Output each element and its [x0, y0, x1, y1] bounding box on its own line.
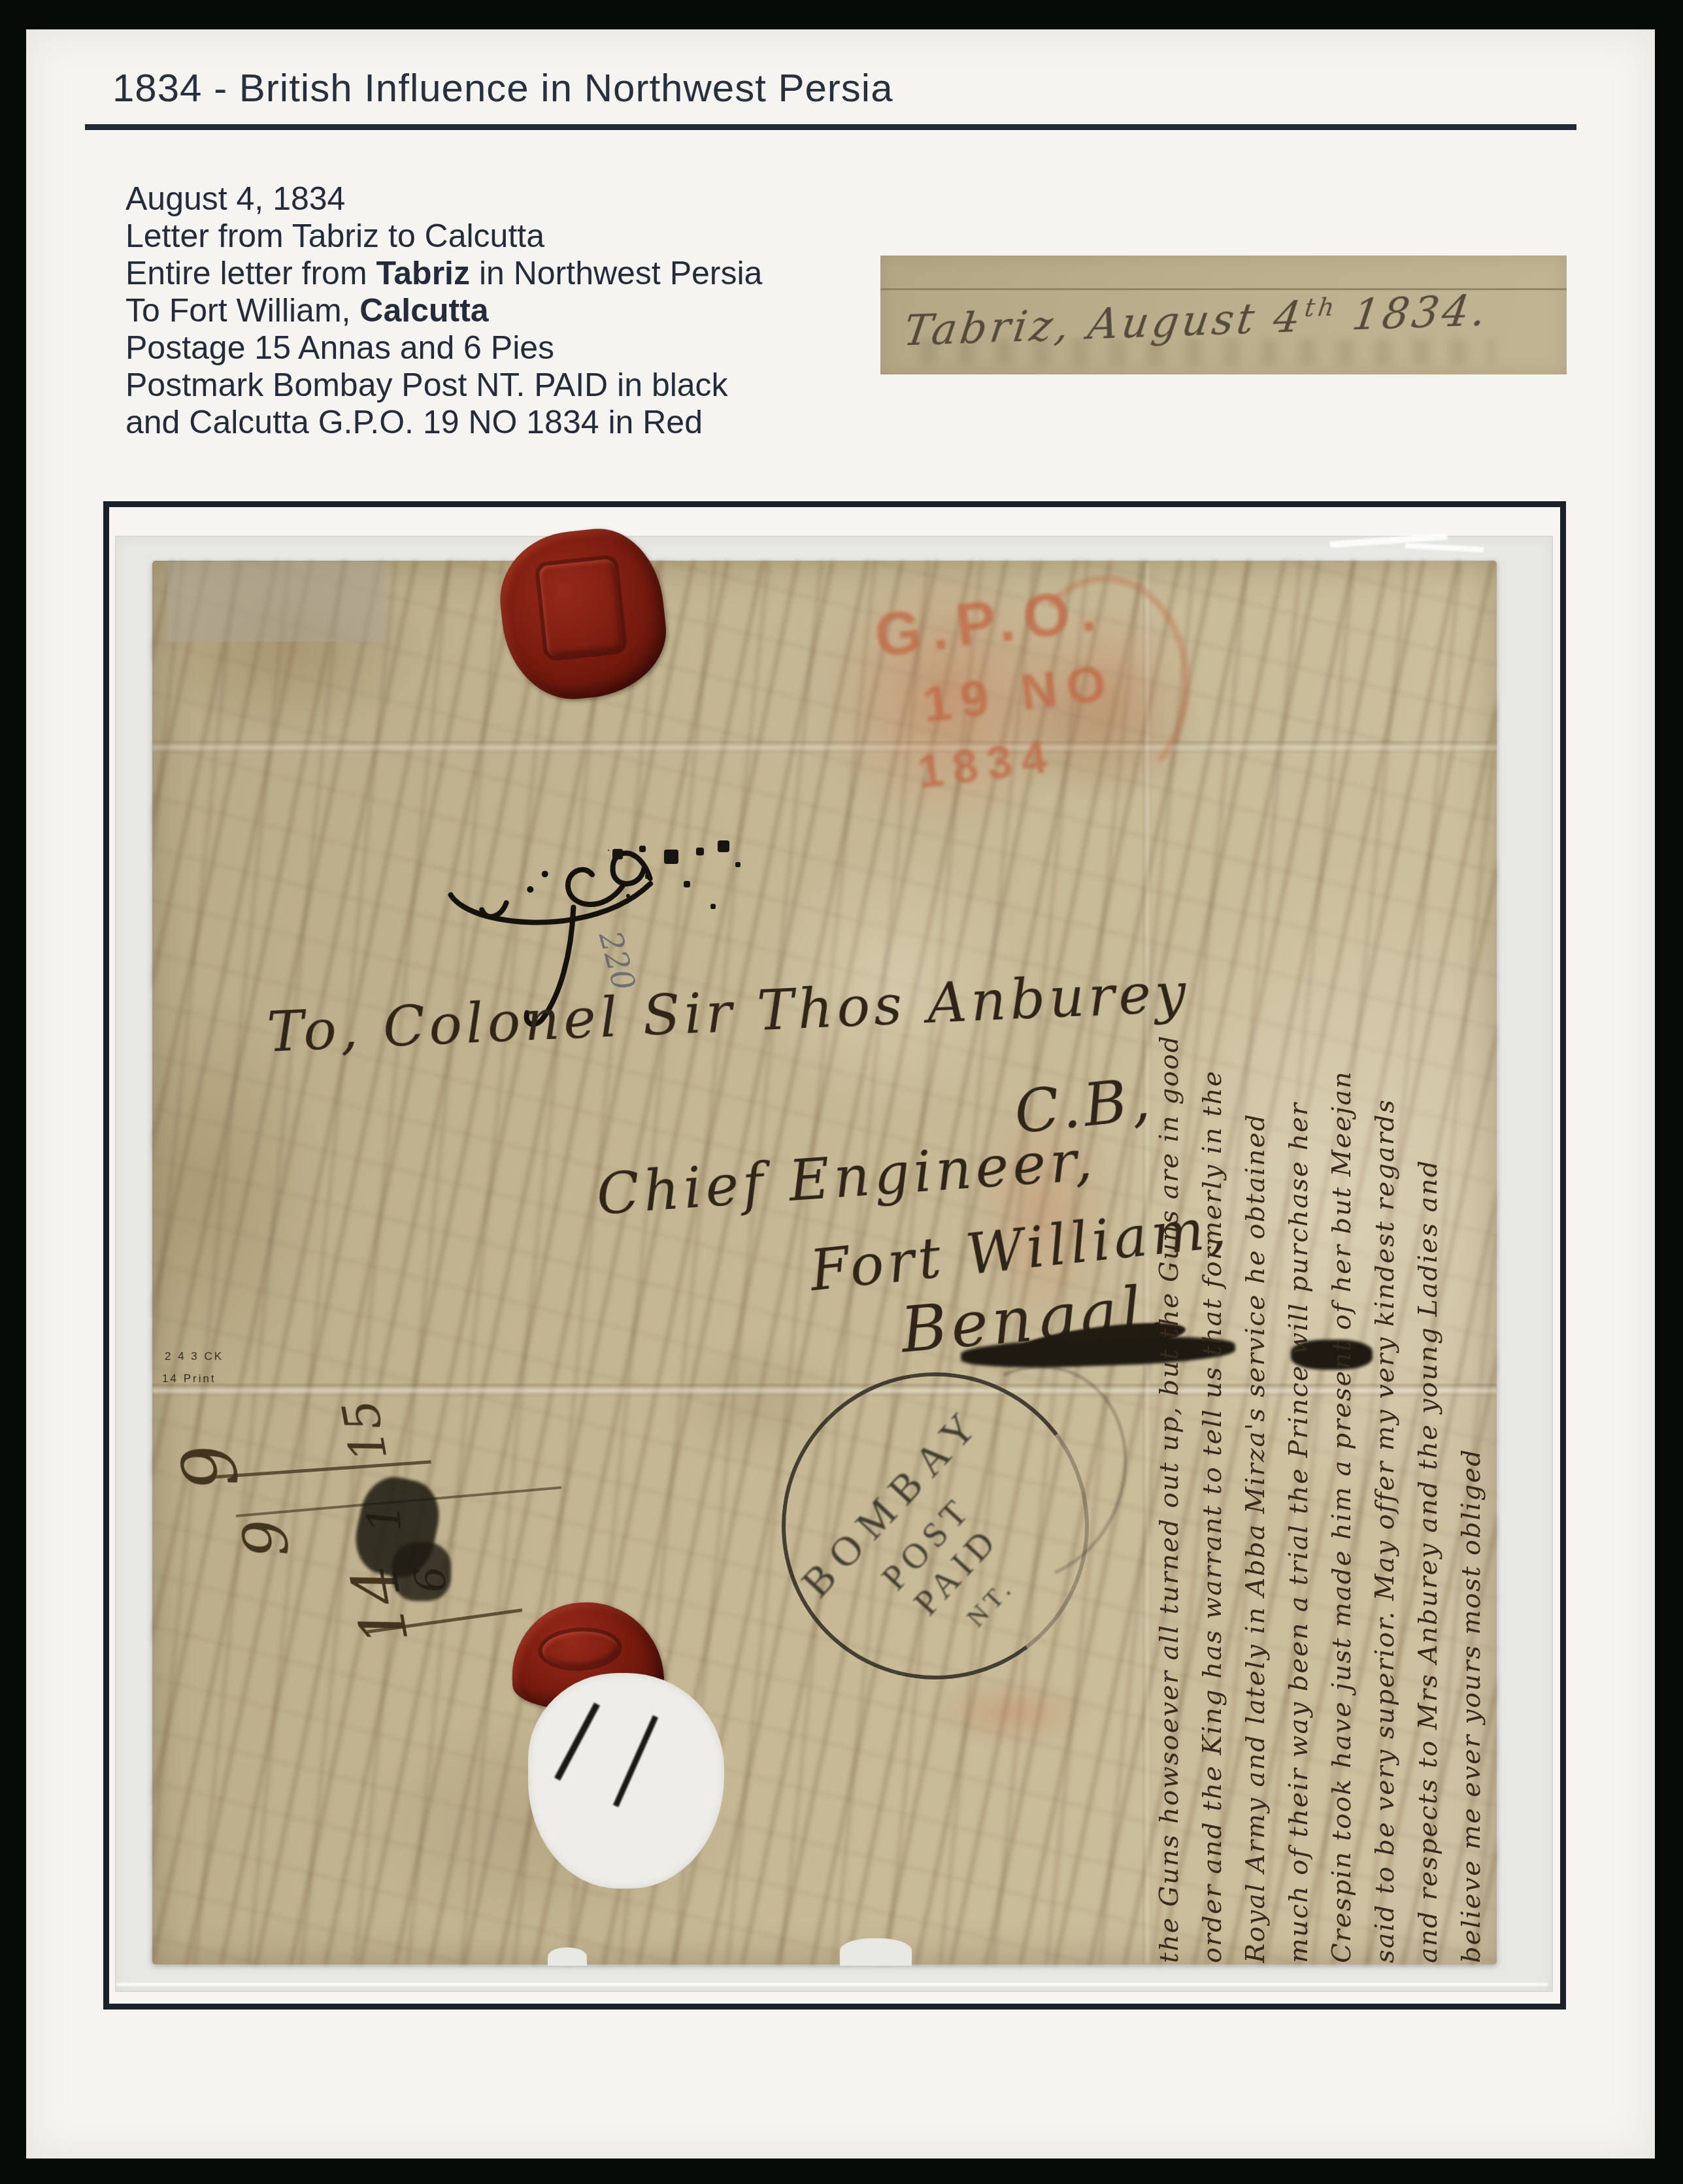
paper-tear-notch	[548, 1947, 587, 1966]
red-postmark-line: 19 NO	[920, 652, 1118, 735]
red-smudge	[928, 1676, 1098, 1748]
mounting-tape	[167, 562, 384, 642]
description-line: and Calcutta G.P.O. 19 NO 1834 in Red	[125, 404, 975, 441]
description-line: Postage 15 Annas and 6 Pies	[125, 329, 975, 367]
sleeve-shine	[116, 1983, 1548, 1986]
cross-writing-line: believe me ever yours most obliged	[1450, 563, 1493, 1963]
cross-writing-lines: the Guns howsoever all turned out up, bu…	[1148, 563, 1497, 1963]
type-fragment: 2 4 3 CK	[165, 1350, 224, 1363]
calcutta-red-postmark: G.P.O. 19 NO 1834	[871, 574, 1126, 801]
cross-writing-line: the Guns howsoever all turned out up, bu…	[1148, 563, 1191, 1963]
description-line: Entire letter from Tabriz in Northwest P…	[125, 255, 975, 292]
exhibit-description: August 4, 1834 Letter from Tabriz to Cal…	[125, 180, 975, 441]
date-strip-clipping: Tabriz, August 4th 1834.	[880, 256, 1567, 374]
rate-mark: 9	[229, 1516, 303, 1561]
description-line: Letter from Tabriz to Calcutta	[125, 218, 975, 255]
black-handstamp-smudge	[392, 1542, 451, 1601]
title-underline	[85, 124, 1576, 130]
description-line: Postmark Bombay Post NT. PAID in black	[125, 367, 975, 404]
cross-writing-line: Royal Army and lately in Abba Mirza's se…	[1234, 563, 1277, 1963]
description-line: To Fort William, Calcutta	[125, 292, 975, 329]
cross-writing-line: and respects to Mrs Anburey and the youn…	[1407, 563, 1450, 1963]
wax-seal-emboss	[537, 1625, 623, 1673]
strip-bleedthrough	[920, 339, 1495, 365]
description-line: August 4, 1834	[125, 180, 975, 218]
cross-writing-column: the Guns howsoever all turned out up, bu…	[1148, 563, 1497, 1963]
cross-writing-line: said to be very superior. May offer my v…	[1363, 563, 1407, 1963]
type-fragment: 14 Print	[162, 1372, 216, 1385]
wax-seal-emboss	[534, 554, 627, 662]
ink-spatter	[608, 850, 609, 851]
cross-writing-line: order and the King has warrant to tell u…	[1191, 563, 1234, 1963]
rate-mark: 15	[333, 1395, 399, 1466]
page-title: 1834 - British Influence in Northwest Pe…	[112, 65, 1485, 110]
cross-writing-line: much of their way been a trial the Princ…	[1277, 563, 1320, 1963]
paper-tear-notch	[840, 1938, 912, 1966]
cross-writing-line: Crespin took have just made him a presen…	[1320, 563, 1363, 1963]
